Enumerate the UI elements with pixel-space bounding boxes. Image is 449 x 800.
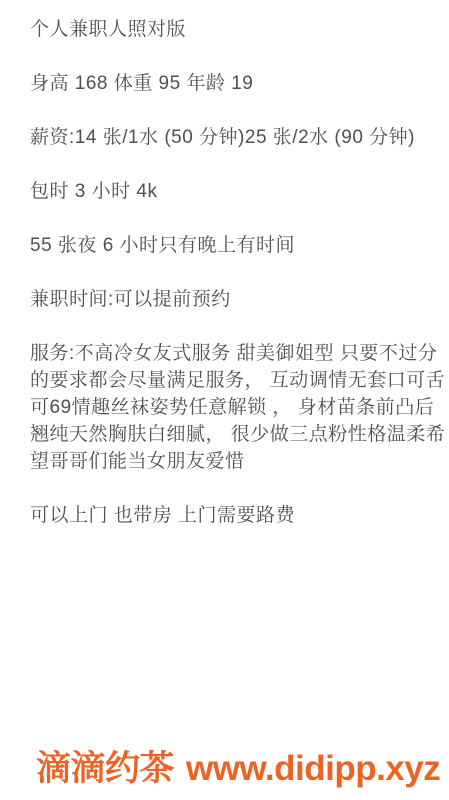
paragraph-visit: 可以上门 也带房 上门需要路费 [30,502,443,529]
paragraph-pricing: 薪资:14 张/1水 (50 分钟)25 张/2水 (90 分钟) [30,124,443,151]
services-line-3: 可69情趣丝袜姿势任意解锁 ， 身材苗条前凸后 [30,394,443,421]
paragraph-title: 个人兼职人照对版 [30,16,443,43]
services-line-2: 的要求都会尽量满足服务， 互动调情无套口可舌 [30,367,443,394]
watermark-brand: 滴滴约茶 [36,749,174,788]
ad-text-body: 个人兼职人照对版 身高 168 体重 95 年龄 19 薪资:14 张/1水 (… [30,16,443,556]
watermark-banner: 滴滴约茶www.didipp.xyz [36,741,440,791]
paragraph-schedule: 兼职时间:可以提前预约 [30,286,443,313]
paragraph-stats: 身高 168 体重 95 年龄 19 [30,70,443,97]
services-line-1: 服务:不高冷女友式服务 甜美御姐型 只要不过分 [30,340,443,367]
paragraph-services: 服务:不高冷女友式服务 甜美御姐型 只要不过分 的要求都会尽量满足服务， 互动调… [30,340,443,475]
paragraph-overnight: 55 张夜 6 小时只有晚上有时间 [30,232,443,259]
services-line-5: 望哥哥们能当女朋友爱惜 [30,448,443,475]
watermark-url: www.didipp.xyz [186,749,440,788]
services-line-4: 翘纯天然胸肤白细腻， 很少做三点粉性格温柔希 [30,421,443,448]
paragraph-package: 包时 3 小时 4k [30,178,443,205]
